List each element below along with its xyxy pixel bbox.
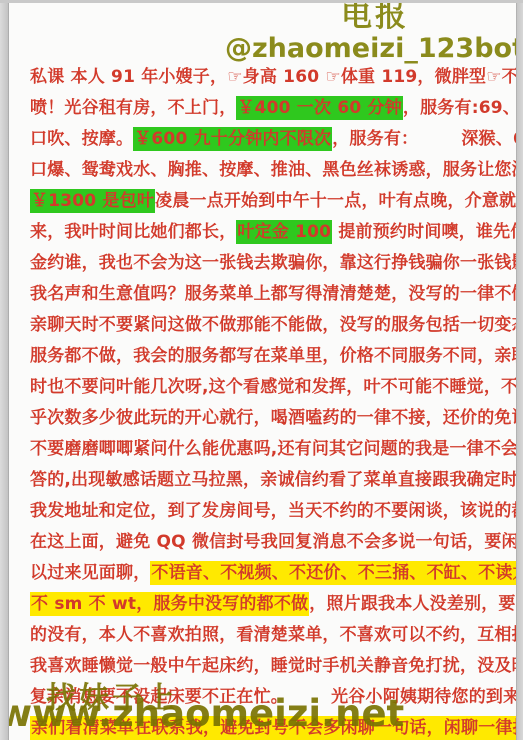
text-line: 答的,出现敏感话题立马拉黑，亲诚信约看了菜单直接跟我确定时间， [30, 465, 508, 496]
text-line: 不要磨磨唧唧紧问什么能优惠吗,还有问其它问题的我是一律不会回 [30, 434, 508, 465]
telegram-handle: @zhaomeizi_123bot [225, 35, 523, 63]
text-line: 亲聊天时不要紧问这做不做那能不能做，没写的服务包括一切变态的 [30, 310, 508, 341]
text-line: 来，我叶时间比她们都长，叶定金 100 提前预约时间噢，谁先付定 [30, 217, 508, 248]
text-segment: 的没有，本人不喜欢拍照，看清楚菜单，不喜欢可以不约，互相拉黑， [30, 625, 523, 645]
text-line: 口爆、鸳鸯戏水、胸推、按摩、推油、黑色丝袜诱惑，服务让您满意。 [30, 155, 508, 186]
watermark-url: www.zhaomeizi.net [0, 692, 404, 735]
text-segment: 乎次数多少彼此玩的开心就行，喝酒嗑药的一律不接，还价的免谈， [30, 408, 523, 428]
highlighted-text: 叶定金 100 [236, 220, 332, 244]
text-segment: 时也不要问叶能几次呀,这个看感觉和发挥，叶不可能不睡觉，不在 [30, 377, 523, 397]
text-line: 时也不要问叶能几次呀,这个看感觉和发挥，叶不可能不睡觉，不在 [30, 372, 508, 403]
text-segment: ，服务有： 深猴、69、 [332, 129, 523, 149]
text-line: 的没有，本人不喜欢拍照，看清楚菜单，不喜欢可以不约，互相拉黑， [30, 620, 508, 651]
text-line: 不 sm 不 wt，服务中没写的都不做，照片跟我本人没差别，要看近照 [30, 589, 508, 620]
highlighted-text: 不 sm 不 wt，服务中没写的都不做 [30, 592, 309, 616]
text-line: 口吹、按摩。￥600 九十分钟内不限次，服务有： 深猴、69、 [30, 124, 508, 155]
text-line: 我名声和生意值吗？服务菜单上都写得清清楚楚，没写的一律不做， [30, 279, 508, 310]
text-segment: 亲聊天时不要紧问这做不做那能不能做，没写的服务包括一切变态的 [30, 315, 523, 335]
text-segment: 喷！光谷租有房，不上门， [30, 98, 236, 118]
photo-border-right [516, 0, 523, 740]
text-line: 以过来见面聊，不语音、不视频、不还价、不三捅、不缸、不读龙、 [30, 558, 508, 589]
body-text: 私课 本人 91 年小嫂子，☞身高 160 ☞体重 119，微胖型☞不喜勿喷！光… [30, 62, 508, 740]
text-line: 在这上面，避免 QQ 微信封号我回复消息不会多说一句话，要闲聊可 [30, 527, 508, 558]
highlighted-text: 不语音、不视频、不还价、不三捅、不缸、不读龙、 [150, 561, 523, 585]
text-segment: 凌晨一点开始到中午十一点，叶有点晚，介意就不要 [155, 191, 523, 211]
text-segment: 金约谁，我也不会为这一张钱去欺骗你，靠这行挣钱骗你一张钱影响 [30, 253, 523, 273]
text-segment: 口吹、按摩。 [30, 129, 133, 149]
text-segment: 答的,出现敏感话题立马拉黑，亲诚信约看了菜单直接跟我确定时间， [30, 470, 523, 490]
text-segment: 不要磨磨唧唧紧问什么能优惠吗,还有问其它问题的我是一律不会回 [30, 439, 523, 459]
highlighted-text: ￥1300 是包叶 [30, 189, 155, 213]
text-segment: 私课 本人 91 年小嫂子，☞身高 160 ☞体重 119，微胖型☞不喜勿 [30, 67, 523, 87]
photo-frame: 电报 @zhaomeizi_123bot 私课 本人 91 年小嫂子，☞身高 1… [0, 0, 523, 740]
text-segment: ，服务有:69、调情、 [403, 98, 523, 118]
header: 电报 @zhaomeizi_123bot [225, 0, 523, 63]
text-line: 金约谁，我也不会为这一张钱去欺骗你，靠这行挣钱骗你一张钱影响 [30, 248, 508, 279]
telegram-title: 电报 [225, 0, 523, 35]
text-segment: 提前预约时间噢，谁先付定 [332, 222, 523, 242]
highlighted-text: ￥600 九十分钟内不限次 [133, 127, 332, 151]
text-segment: 口爆、鸳鸯戏水、胸推、按摩、推油、黑色丝袜诱惑，服务让您满意。 [30, 160, 523, 180]
text-line: 我发地址和定位，到了发房间号，当天不约的不要闲谈，该说的都写 [30, 496, 508, 527]
highlighted-text: ￥400 一次 60 分钟 [236, 96, 403, 120]
text-segment: 以过来见面聊， [30, 563, 150, 583]
text-segment: 服务都不做，我会的服务都写在菜单里，价格不同服务不同，亲聊天 [30, 346, 523, 366]
text-segment: ，照片跟我本人没差别，要看近照 [309, 594, 523, 614]
text-line: ￥1300 是包叶凌晨一点开始到中午十一点，叶有点晚，介意就不要 [30, 186, 508, 217]
text-line: 喷！光谷租有房，不上门，￥400 一次 60 分钟，服务有:69、调情、 [30, 93, 508, 124]
photo-border-left [0, 0, 9, 740]
text-line: 私课 本人 91 年小嫂子，☞身高 160 ☞体重 119，微胖型☞不喜勿 [30, 62, 508, 93]
text-line: 乎次数多少彼此玩的开心就行，喝酒嗑药的一律不接，还价的免谈， [30, 403, 508, 434]
photo-border-top [0, 0, 523, 3]
text-segment: 在这上面，避免 QQ 微信封号我回复消息不会多说一句话，要闲聊可 [30, 532, 523, 552]
text-segment: 我名声和生意值吗？服务菜单上都写得清清楚楚，没写的一律不做， [30, 284, 523, 304]
text-segment: 来，我叶时间比她们都长， [30, 222, 236, 242]
text-line: 服务都不做，我会的服务都写在菜单里，价格不同服务不同，亲聊天 [30, 341, 508, 372]
text-segment: 我发地址和定位，到了发房间号，当天不约的不要闲谈，该说的都写 [30, 501, 523, 521]
